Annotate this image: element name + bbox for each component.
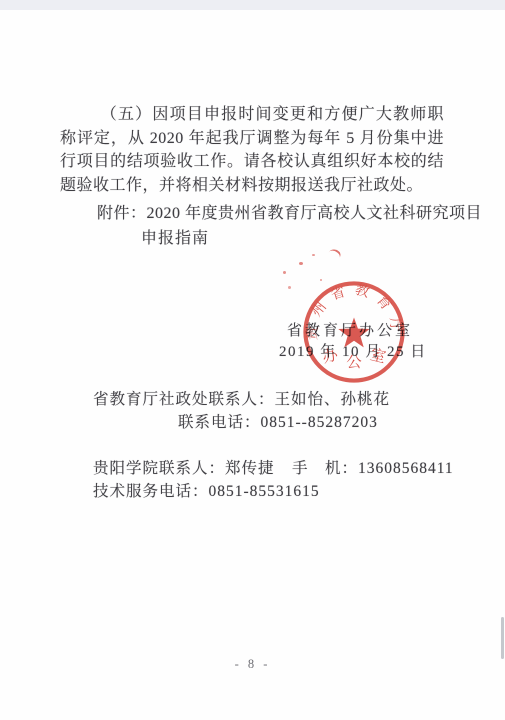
seal-bottom-char: 室 [368,345,387,366]
attachment-line-2: 申报指南 [141,227,441,251]
page-number: - 8 - [0,657,505,672]
official-seal: 贵州省教育厅 办 公 室 [292,270,416,394]
seal-bottom-char: 公 [346,354,362,371]
attachment-line-1: 附件：2020 年度贵州省教育厅高校人文社科研究项目 [97,202,497,226]
scan-top-band [0,0,505,10]
seal-ink-speck [288,286,291,289]
seal-ink-speck [283,271,286,274]
seal-star-icon [338,318,369,348]
seal-ink-speck [312,254,315,256]
contact-college-tech-phone: 技术服务电话：0851-85531615 [93,479,320,501]
contact-college-name: 贵阳学院联系人：郑传捷 [93,456,275,478]
document-page: （五）因项目申报时间变更和方便广大教师职称评定，从 2020 年起我厅调整为每年… [0,0,505,720]
contact-college-mobile: 手 机：13608568411 [292,456,454,478]
body-paragraph: （五）因项目申报时间变更和方便广大教师职称评定，从 2020 年起我厅调整为每年… [60,103,444,197]
official-seal-graphic: 贵州省教育厅 办 公 室 [292,270,416,394]
contact-dept-line-2: 联系电话：0851--85287203 [178,410,378,432]
seal-ink-speck [299,262,303,265]
scan-edge-artifact [501,617,504,659]
contact-dept-line-1: 省教育厅社政处联系人：王如怡、孙桃花 [93,387,390,409]
seal-bottom-char: 办 [320,345,340,366]
